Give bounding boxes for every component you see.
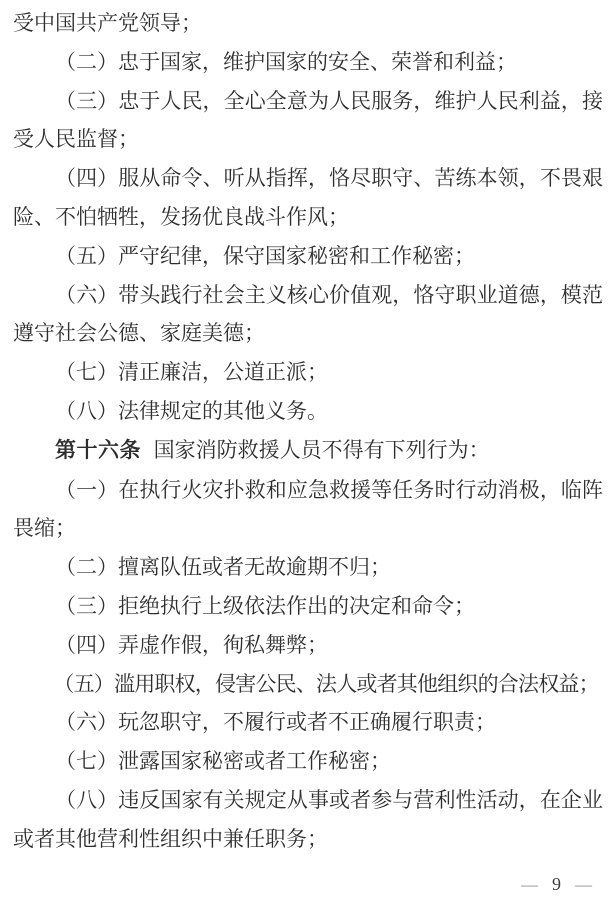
document-body: 受中国共产党领导；（二）忠于国家，维护国家的安全、荣誉和利益；（三）忠于人民，全… xyxy=(13,4,603,859)
paragraph: （六）带头践行社会主义核心价值观，恪守职业道德，模范遵守社会公德、家庭美德； xyxy=(13,276,603,354)
paragraph: （七）泄露国家秘密或者工作秘密； xyxy=(13,742,603,781)
page-number: 9 xyxy=(552,874,561,894)
paragraph: （六）玩忽职守，不履行或者不正确履行职责； xyxy=(13,703,603,742)
paragraph: （四）弄虚作假，徇私舞弊； xyxy=(13,626,603,665)
paragraph: （三）拒绝执行上级依法作出的决定和命令； xyxy=(13,587,603,626)
footer-dash-left: — xyxy=(521,875,538,894)
article-number: 第十六条 xyxy=(55,439,141,462)
footer-dash-right: — xyxy=(575,875,592,894)
paragraph: （八）违反国家有关规定从事或者参与营利性活动，在企业或者其他营利性组织中兼任职务… xyxy=(13,781,603,859)
paragraph: （七）清正廉洁，公道正派； xyxy=(13,353,603,392)
paragraph: 受中国共产党领导； xyxy=(13,4,603,43)
paragraph: （一）在执行火灾扑救和应急救援等任务时行动消极，临阵畏缩； xyxy=(13,471,603,549)
paragraph: （五）严守纪律，保守国家秘密和工作秘密； xyxy=(13,237,603,276)
document-page: 受中国共产党领导；（二）忠于国家，维护国家的安全、荣誉和利益；（三）忠于人民，全… xyxy=(0,0,614,907)
paragraph: （五）滥用职权，侵害公民、法人或者其他组织的合法权益； xyxy=(13,665,603,704)
article-text: 国家消防救援人员不得有下列行为： xyxy=(154,438,490,462)
paragraph: （二）忠于国家，维护国家的安全、荣誉和利益； xyxy=(13,43,603,82)
paragraph: （三）忠于人民，全心全意为人民服务，维护人民利益，接受人民监督； xyxy=(13,82,603,160)
article-paragraph: 第十六条国家消防救援人员不得有下列行为： xyxy=(13,431,603,471)
page-footer: —9— xyxy=(521,874,592,895)
paragraph: （八）法律规定的其他义务。 xyxy=(13,392,603,431)
paragraph: （二）擅离队伍或者无故逾期不归； xyxy=(13,548,603,587)
paragraph: （四）服从命令、听从指挥，恪尽职守、苦练本领，不畏艰险、不怕牺牲，发扬优良战斗作… xyxy=(13,159,603,237)
